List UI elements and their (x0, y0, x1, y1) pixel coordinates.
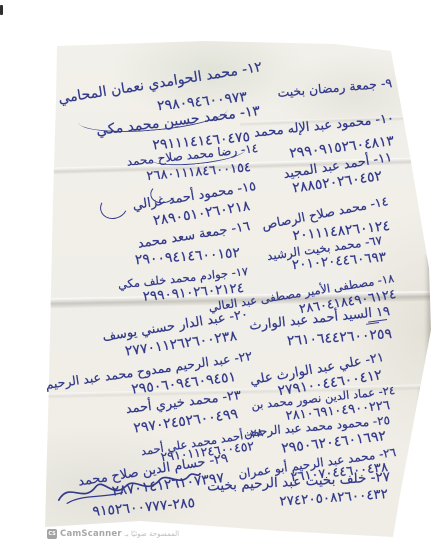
handwritten-name-line: ٩- جمعة رمضان بخيت (292, 76, 393, 98)
ink-flourish-line (366, 322, 379, 325)
camscanner-arabic-label: الممسوحة ضوئيًا بـ (125, 530, 179, 538)
camscanner-icon: CS (47, 529, 57, 539)
camscanner-brand: CamScanner (60, 529, 122, 539)
scanned-photo: ٩- جمعة رمضان بخيت١٠- محمود عبد الإله مح… (0, 0, 433, 552)
handwriting-layer: ٩- جمعة رمضان بخيت١٠- محمود عبد الإله مح… (0, 0, 433, 552)
camscanner-watermark: CS CamScanner الممسوحة ضوئيًا بـ (47, 529, 179, 539)
